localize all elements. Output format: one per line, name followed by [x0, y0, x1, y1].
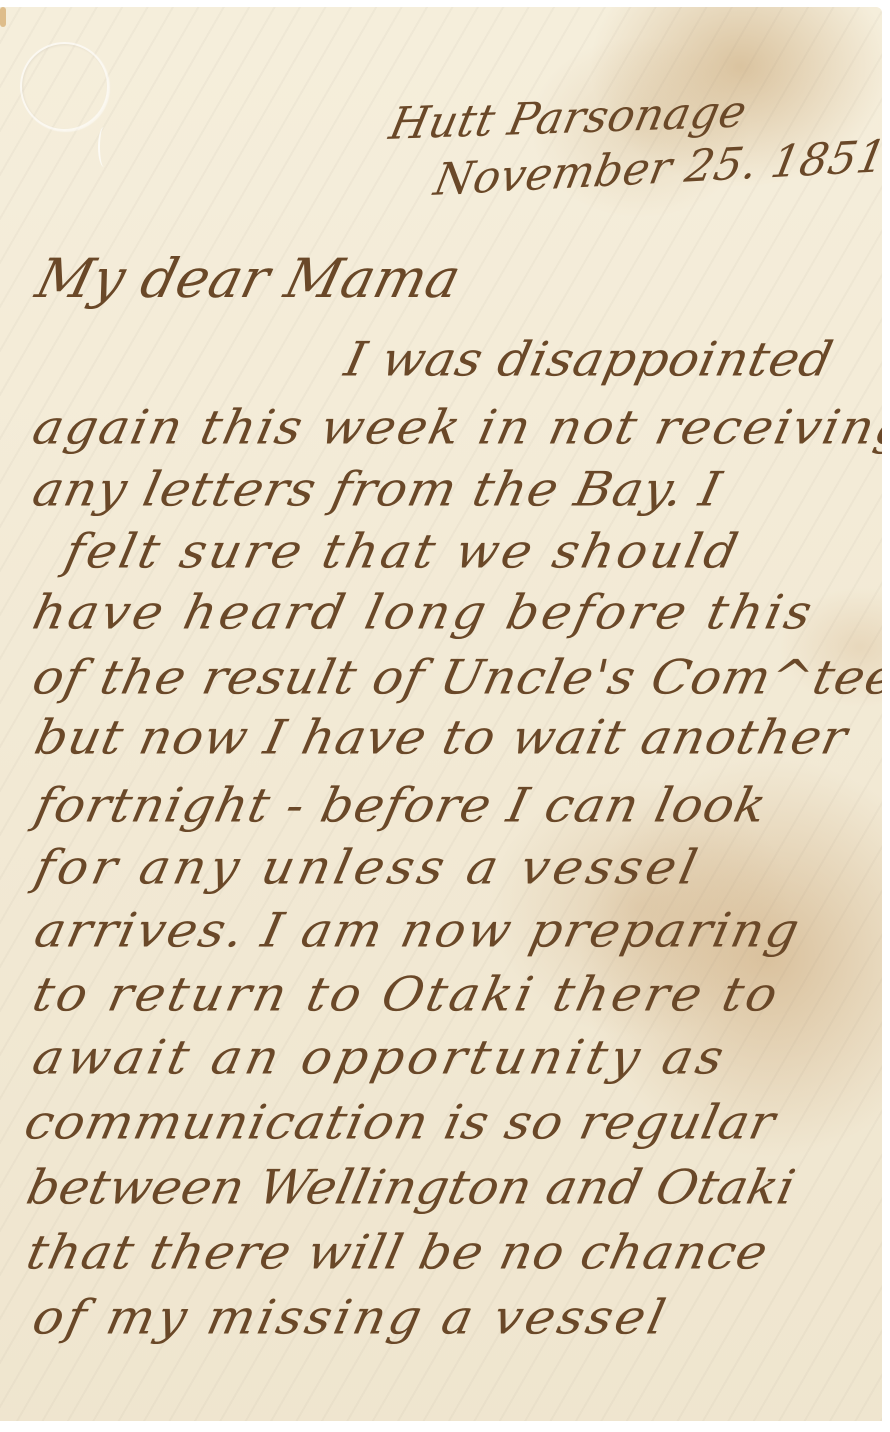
- letter-line: felt sure that we should: [60, 524, 746, 579]
- letter-salutation: My dear Mama: [30, 247, 467, 310]
- letter-line: between Wellington and Otaki: [22, 1160, 800, 1215]
- foxing-stain: [0, 7, 6, 27]
- letter-line: communication is so regular: [20, 1095, 781, 1150]
- letter-line: of my missing a vessel: [28, 1290, 673, 1345]
- embossed-seal-mark: [20, 42, 109, 131]
- letter-page: Hutt Parsonage November 25. 1851 My dear…: [0, 7, 882, 1421]
- letter-line: have heard long before this: [28, 585, 820, 640]
- letter-line: but now I have to wait another: [30, 710, 853, 765]
- letter-line: that there will be no chance: [22, 1225, 773, 1280]
- letter-line: to return to Otaki there to: [28, 967, 785, 1022]
- letter-line: fortnight - before I can look: [30, 778, 772, 833]
- letter-line: await an opportunity as: [28, 1030, 732, 1085]
- letter-line: any letters from the Bay. I: [28, 462, 727, 517]
- letter-line: of the result of Uncle's Com^tee: [28, 650, 882, 705]
- letter-line: I was disappointed: [340, 332, 838, 387]
- paper-crease-mark: [98, 127, 110, 167]
- letter-line: for any unless a vessel: [30, 840, 706, 895]
- letter-line: again this week in not receiving: [28, 400, 882, 455]
- letter-line: arrives. I am now preparing: [30, 903, 806, 958]
